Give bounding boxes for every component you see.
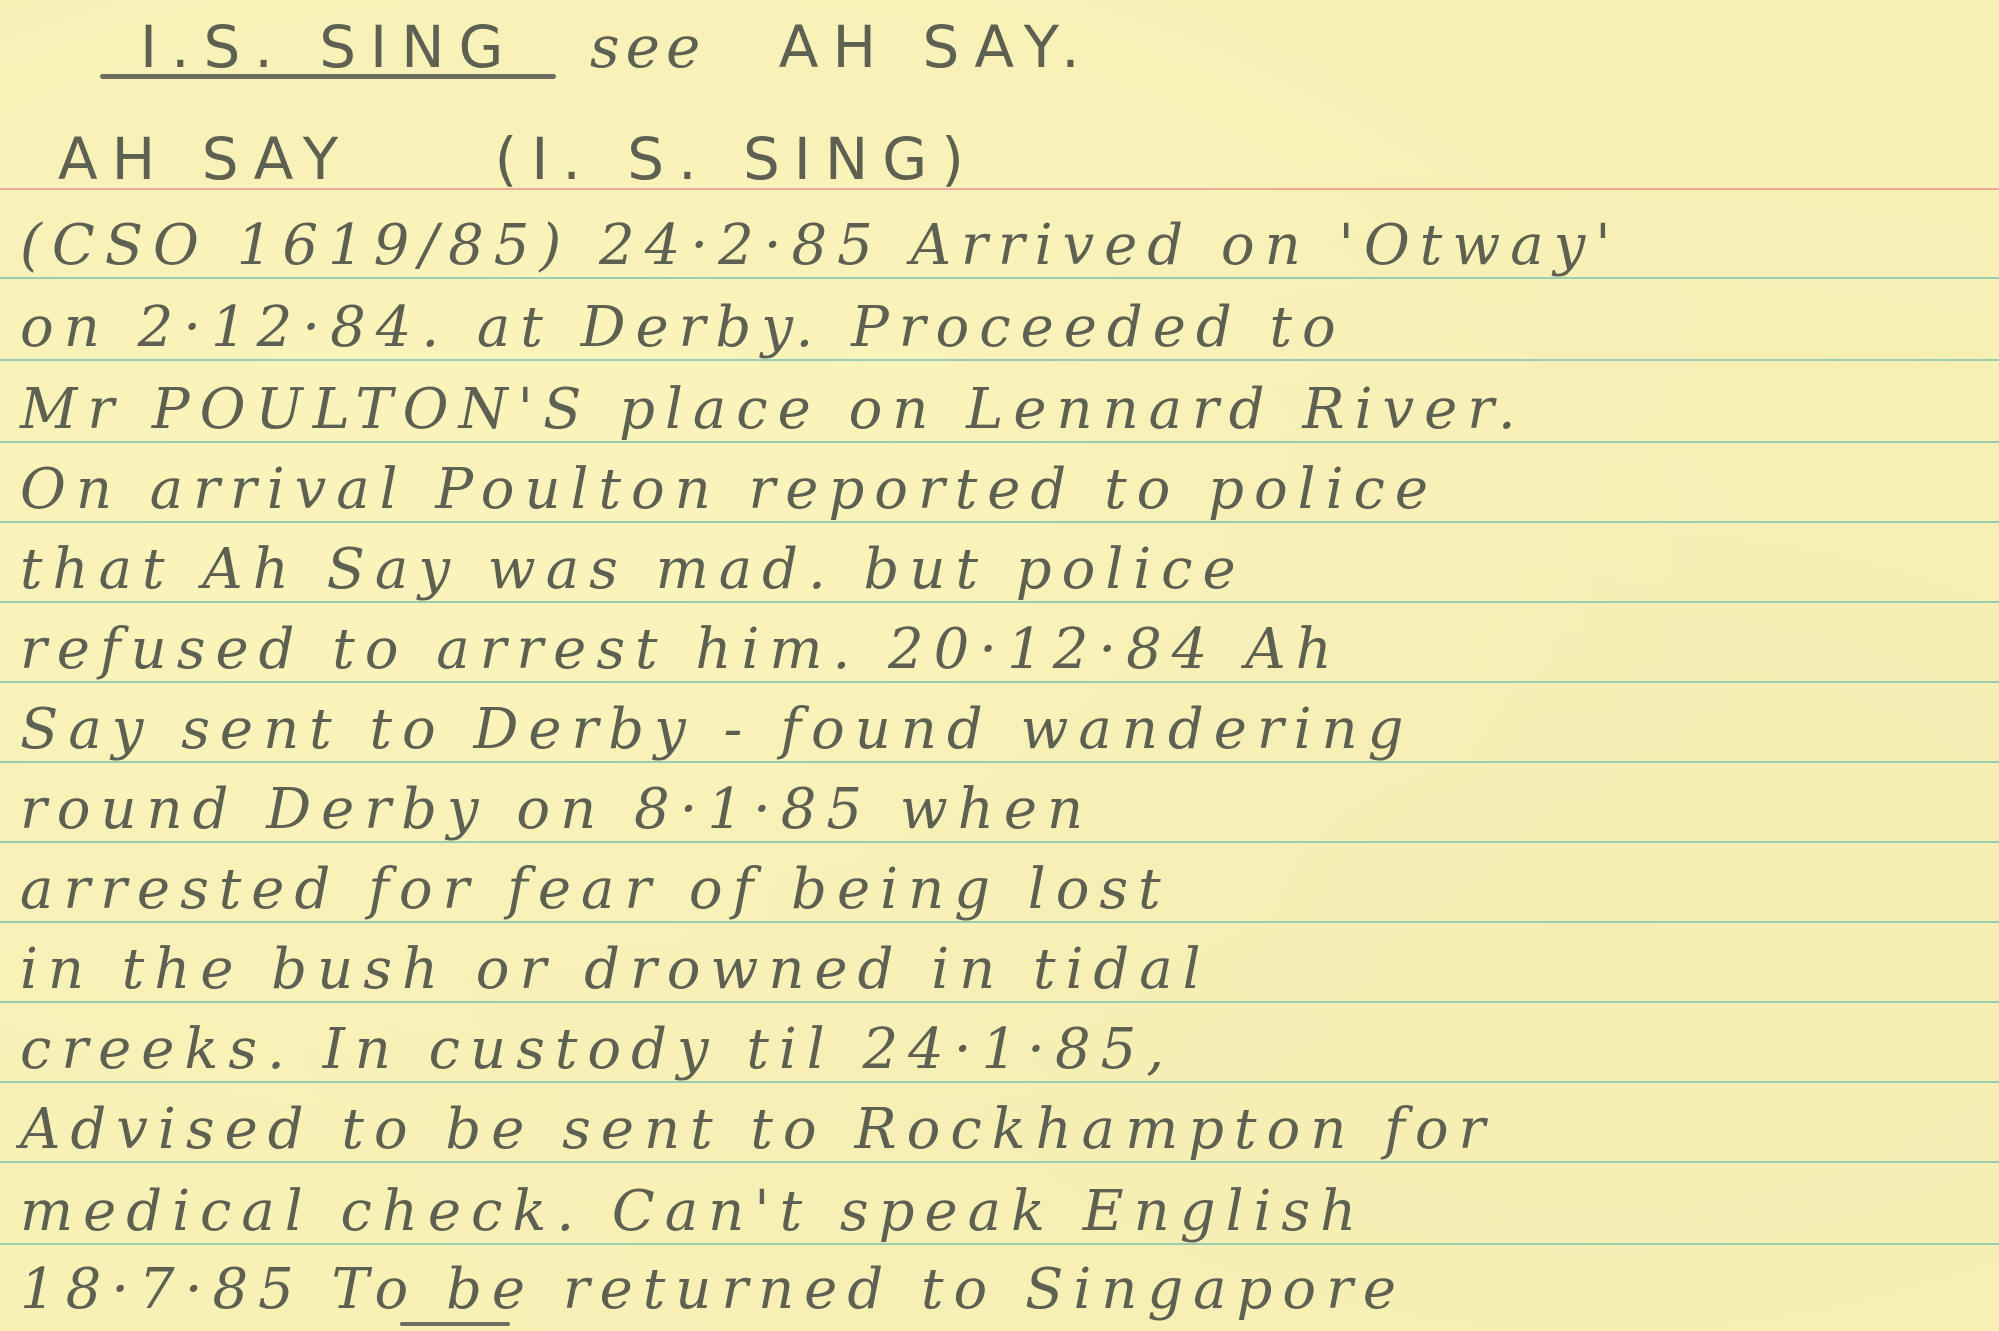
header-see-reference: AH SAY. (779, 13, 1094, 81)
header-underline (100, 74, 556, 79)
body-line: arrested for fear of being lost (20, 862, 1171, 918)
body-line: On arrival Poulton reported to police (20, 462, 1438, 518)
title-name: AH SAY (58, 125, 352, 193)
body-line: medical check. Can't speak English (20, 1184, 1366, 1240)
header-see-label: see (590, 13, 706, 81)
body-line: (CSO 1619/85) 24·2·85 Arrived on 'Otway' (20, 218, 1621, 274)
body-line: that Ah Say was mad. but police (20, 542, 1246, 598)
body-line: refused to arrest him. 20·12·84 Ah (20, 622, 1342, 678)
body-line: round Derby on 8·1·85 when (20, 782, 1093, 838)
body-line: creeks. In custody til 24·1·85, (20, 1022, 1174, 1078)
to-underline-mark (400, 1322, 510, 1326)
body-line: Advised to be sent to Rockhampton for (20, 1102, 1495, 1158)
body-line: Mr POULTON'S place on Lennard River. (20, 382, 1526, 438)
card-title-line: AH SAY (I. S. SING) (58, 130, 978, 188)
index-card: I.S. SING see AH SAY. AH SAY (I. S. SING… (0, 0, 1999, 1331)
body-line: 18·7·85 To be returned to Singapore (20, 1262, 1406, 1318)
body-line: Say sent to Derby - found wandering (20, 702, 1413, 758)
card-header: I.S. SING see AH SAY. (140, 18, 1094, 76)
red-header-rule (0, 188, 1999, 190)
header-name: I.S. SING (140, 13, 517, 81)
title-alias: (I. S. SING) (495, 125, 978, 193)
body-line: on 2·12·84. at Derby. Proceeded to (20, 300, 1346, 356)
body-line: in the bush or drowned in tidal (20, 942, 1211, 998)
